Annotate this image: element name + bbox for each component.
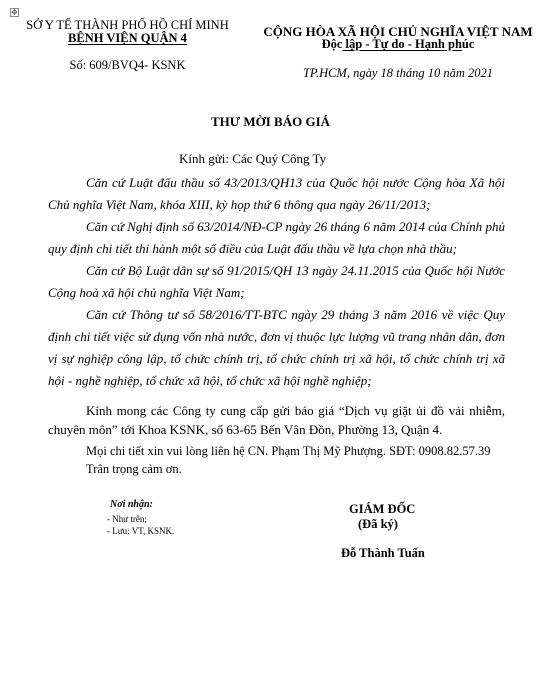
recipient-item: - Lưu: VT, KSNK. — [107, 526, 174, 536]
motto-underlined: lập - Tự do - Hạnh ph — [342, 37, 461, 51]
closing-line: Trân trọng cảm ơn. — [86, 462, 182, 477]
motto-suffix: úc — [462, 37, 475, 51]
recipient-item: - Như trên; — [107, 514, 147, 524]
legal-basis-paragraph: Căn cứ Nghị định số 63/2014/NĐ-CP ngày 2… — [48, 216, 505, 260]
legal-basis-paragraph: Căn cứ Luật đấu thầu số 43/2013/QH13 của… — [48, 172, 505, 216]
document-number: Số: 609/BVQ4- KSNK — [0, 58, 255, 73]
legal-basis-paragraph: Căn cứ Bộ Luật dân sự số 91/2015/QH 13 n… — [48, 260, 505, 304]
table-move-handle-icon[interactable]: ✥ — [10, 8, 19, 17]
hospital-name: BỆNH VIỆN QUẬN 4 — [0, 31, 255, 46]
signature-status: (Đã ký) — [358, 517, 398, 532]
recipient-line: Kính gửi: Các Quý Công Ty — [179, 151, 326, 167]
national-motto: Độc lập - Tự do - Hạnh phúc — [255, 37, 541, 52]
place-date: TP.HCM, ngày 18 tháng 10 năm 2021 — [255, 66, 541, 81]
document-title: THƯ MỜI BÁO GIÁ — [0, 114, 541, 130]
contact-line: Mọi chi tiết xin vui lòng liên hệ CN. Ph… — [86, 444, 491, 459]
legal-basis-paragraph: Căn cứ Thông tư số 58/2016/TT-BTC ngày 2… — [48, 304, 505, 392]
motto-prefix: Độc — [322, 37, 343, 51]
signer-title: GIÁM ĐỐC — [349, 502, 415, 517]
request-paragraph: Kính mong các Công ty cung cấp gửi báo g… — [48, 401, 505, 439]
signer-name: Đỗ Thành Tuấn — [341, 546, 425, 561]
recipients-label: Nơi nhận: — [110, 499, 153, 510]
